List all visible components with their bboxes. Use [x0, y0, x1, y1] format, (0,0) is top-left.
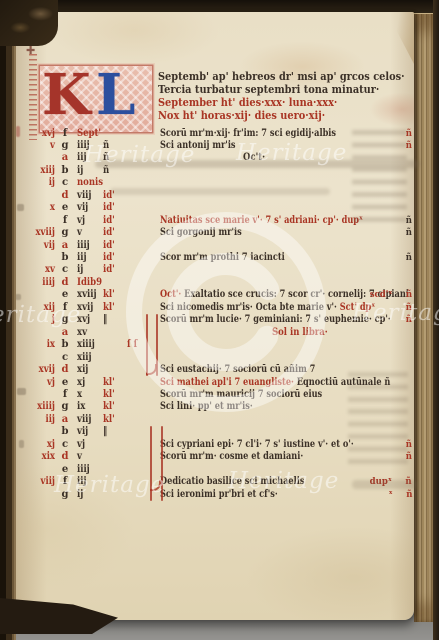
dominical-letter: g	[58, 401, 72, 413]
golden-number: xj	[26, 439, 55, 451]
showthrough-column	[348, 372, 408, 470]
lesson-mark-group: ñ	[406, 252, 412, 264]
golden-number: j	[26, 314, 55, 326]
dominical-letter: d	[58, 277, 72, 289]
feast-entry: Scorū mr'm mauricij 7 sociorū eius	[160, 389, 322, 401]
lesson-mark-group: ñ	[406, 314, 412, 326]
dominical-letter: f	[58, 128, 72, 140]
feast-entry: Scorū mr'm lucie· 7 geminiani: 7 s' euph…	[160, 314, 391, 326]
dominical-letter: e	[58, 464, 72, 476]
calendar-row: axvSol in libra·	[15, 327, 414, 339]
dominical-letter: c	[58, 352, 72, 364]
feast-text: Oct'·	[160, 289, 184, 300]
day-count: xiij	[77, 352, 92, 364]
feast-entry: Scorū mr'm·xij· fr'im: 7 sci egidij·albi…	[160, 128, 336, 140]
feast-text: Sci nicomedis mr'is· Octa bte marie v'·	[160, 302, 340, 313]
day-count: Sept'	[77, 128, 101, 140]
day-marker: id'	[103, 215, 115, 227]
dominical-letter: f	[58, 302, 72, 314]
feast-entry: Scor mr'm prothi 7 iacincti	[160, 252, 285, 264]
golden-number: xiij	[26, 165, 55, 177]
day-count: ij	[77, 165, 83, 177]
book-cover-left-edge	[0, 0, 16, 640]
day-count: iiij	[77, 240, 90, 252]
feast-entry: Dedicatio basilice sci michaelis	[160, 476, 304, 488]
day-count: iij	[77, 252, 87, 264]
dominical-letter: g	[58, 314, 72, 326]
dominical-letter: e	[58, 202, 72, 214]
golden-number: xv	[26, 264, 55, 276]
dominical-letter: b	[58, 165, 72, 177]
book-headcap	[0, 0, 58, 46]
golden-number: xij	[26, 302, 55, 314]
day-marker: ‖	[103, 426, 107, 438]
feast-text: Sci ieronimi pr'bri et cf's·	[160, 489, 278, 500]
golden-number: iij	[26, 414, 55, 426]
feast-entry: Sci ieronimi pr'bri et cf's·	[160, 489, 278, 501]
feast-entry: Sci antonij mr'is	[160, 140, 236, 152]
manuscript-page: ✚ K L Septemb' ap' hebreos dr' msi ap' g…	[15, 12, 414, 620]
dominical-letter: c	[58, 177, 72, 189]
calendar-row: xviijgvid'Sci gorgonij mr'isñ	[15, 227, 414, 239]
initial-letter-k: K	[42, 62, 91, 128]
day-marker: kl'	[103, 389, 115, 401]
feast-text: Sci mathei apl'i 7 euangliste·	[160, 377, 297, 388]
golden-number: xvj	[26, 128, 55, 140]
feast-text: Natiuitas sce marie v'· 7 s' adriani· cp…	[160, 215, 363, 226]
lesson-mark: ñ	[406, 227, 412, 239]
golden-number: vj	[26, 377, 55, 389]
feast-text: Sci lini· pp' et mr'is·	[160, 401, 253, 412]
calendar-row: xijfxvijkl'Sci nicomedis mr'is· Octa bte…	[15, 302, 414, 314]
day-marker: kl'	[103, 302, 115, 314]
dominical-letter: g	[58, 489, 72, 501]
day-count: v	[77, 451, 82, 463]
calendar-row: xvcijid'	[15, 264, 414, 276]
feast-text: Sci antonij mr'is	[160, 140, 236, 151]
dominical-letter: a	[58, 240, 72, 252]
day-marker: id'	[103, 202, 115, 214]
day-marker: id'	[103, 240, 115, 252]
day-marker: kl'	[103, 289, 115, 301]
margin-pen-mark	[17, 388, 26, 395]
day-count: xiiij	[77, 339, 95, 351]
golden-number: xviij	[26, 227, 55, 239]
golden-number: vij	[26, 240, 55, 252]
initial-letter-l: L	[96, 62, 135, 128]
dominical-letter: b	[58, 252, 72, 264]
golden-number: x	[26, 202, 55, 214]
day-count: xv	[77, 327, 87, 339]
feast-entry: Sci lini· pp' et mr'is·	[160, 401, 253, 413]
day-count: xviij	[77, 289, 97, 301]
day-count: vj	[77, 215, 85, 227]
feast-entry: Sci cypriani epi· 7 cl'i· 7 s' iustine v…	[160, 439, 354, 451]
dominical-letter: e	[58, 377, 72, 389]
day-count: nonis	[77, 177, 103, 189]
calendar-annotation: ſ ſ	[127, 339, 137, 351]
day-marker: id'	[103, 252, 115, 264]
feast-entry: Sci nicomedis mr'is· Octa bte marie v'· …	[160, 302, 375, 314]
lesson-mark: ñ	[406, 489, 412, 501]
dominical-letter: a	[58, 327, 72, 339]
dominical-letter: f	[58, 389, 72, 401]
lesson-mark-group: ˣñ	[388, 489, 412, 501]
day-count: ix	[77, 401, 85, 413]
book-cover-right-edge	[433, 0, 439, 640]
day-count: v	[77, 227, 82, 239]
golden-number: iiij	[26, 277, 55, 289]
day-count: ij	[77, 264, 83, 276]
feast-text: Sct' dpˣ	[340, 302, 375, 313]
dominical-letter: a	[58, 152, 72, 164]
golden-number: ix	[26, 339, 55, 351]
feast-text: Scorū mr'm· cosme et damiani·	[160, 451, 303, 462]
day-count: iij	[77, 152, 87, 164]
calendar-row: exviijkl'Oct'· Exaltatio sce crucis: 7 s…	[15, 289, 414, 301]
margin-pen-mark	[16, 126, 20, 137]
calendar-row: gijSci ieronimi pr'bri et cf's·ˣñ	[15, 489, 414, 501]
calendar-row: vijaiiijid'	[15, 240, 414, 252]
day-count: ij	[77, 489, 83, 501]
day-count: iij	[77, 476, 87, 488]
feast-entry: Sci eustachij· 7 sociorū cū añim 7	[160, 364, 315, 376]
day-count: vj	[77, 439, 85, 451]
margin-pen-mark	[19, 440, 24, 448]
golden-number: viij	[26, 476, 55, 488]
dominical-letter: d	[58, 190, 72, 202]
feast-text: Scor mr'm prothi 7 iacincti	[160, 252, 285, 263]
feast-text: Sci gorgonij mr'is	[160, 227, 242, 238]
golden-number: xvij	[26, 364, 55, 376]
day-count: xij	[77, 364, 88, 376]
day-marker: id'	[103, 227, 115, 239]
lesson-mark: scd'ˣ	[370, 289, 393, 301]
calendar-row: cxiij	[15, 352, 414, 364]
dominical-letter: g	[58, 140, 72, 152]
golden-number: xix	[26, 451, 55, 463]
feast-text: Scorū mr'm lucie· 7 geminiani: 7 s' euph…	[160, 314, 391, 325]
dominical-letter: b	[58, 426, 72, 438]
day-count: iiij	[77, 464, 90, 476]
feast-entry: Natiuitas sce marie v'· 7 s' adriani· cp…	[160, 215, 363, 227]
dominical-letter: f	[58, 476, 72, 488]
feast-text: Scorū mr'm mauricij 7 sociorū eius	[160, 389, 322, 400]
golden-number: xiiij	[26, 401, 55, 413]
feast-entry: Sci gorgonij mr'is	[160, 227, 242, 239]
book-fore-edge	[414, 6, 434, 622]
calendar-annotation: Sol in libra·	[272, 327, 328, 339]
calendar-row: iiijdIdib9	[15, 277, 414, 289]
illuminated-initial-kl: ✚ K L	[40, 66, 152, 132]
lesson-mark: ˣ	[388, 489, 392, 501]
dominical-letter: f	[58, 215, 72, 227]
day-count: viij	[77, 190, 91, 202]
dominical-letter: d	[58, 364, 72, 376]
margin-pen-mark	[17, 204, 24, 211]
day-count: xj	[77, 377, 85, 389]
verse-line-4: Nox ht' horas·xij· dies uero·xij·	[158, 109, 379, 122]
day-count: xvij	[77, 302, 93, 314]
feast-text: Sci eustachij· 7 sociorū cū añim 7	[160, 364, 315, 375]
showthrough-text	[110, 188, 330, 195]
day-count: vij	[77, 426, 88, 438]
calendar-row: jgxvj‖Scorū mr'm lucie· 7 geminiani: 7 s…	[15, 314, 414, 326]
day-count: viij	[77, 414, 91, 426]
feast-text: Sci cypriani epi· 7 cl'i· 7 s' iustine v…	[160, 439, 354, 450]
day-count: Idib9	[77, 277, 102, 289]
day-marker: ‖	[103, 314, 107, 326]
lesson-mark-group: ñ	[406, 302, 412, 314]
day-marker: kl'	[103, 414, 115, 426]
calendar-row: ixbxiiijſ ſ	[15, 339, 414, 351]
day-count: vij	[77, 202, 88, 214]
showthrough-column	[352, 130, 407, 227]
lesson-mark: ñ	[406, 302, 412, 314]
day-marker: kl'	[103, 401, 115, 413]
dominical-letter: b	[58, 339, 72, 351]
golden-number: ij	[26, 177, 55, 189]
feast-entry: Scorū mr'm· cosme et damiani·	[160, 451, 303, 463]
day-count: iiij	[77, 140, 90, 152]
dominical-letter: g	[58, 227, 72, 239]
day-marker: ñ	[103, 140, 109, 152]
day-marker: id'	[103, 264, 115, 276]
lesson-mark: ñ	[406, 289, 412, 301]
lesson-mark-group: ñ	[406, 227, 412, 239]
lesson-mark: ñ	[406, 314, 412, 326]
manuscript-photo: ✚ K L Septemb' ap' hebreos dr' msi ap' g…	[0, 0, 439, 640]
kalends-ditto-line	[161, 426, 163, 501]
page-corner-edges	[380, 12, 414, 64]
dominical-letter: e	[58, 289, 72, 301]
day-count: xvj	[77, 314, 90, 326]
dominical-letter: d	[58, 451, 72, 463]
dominical-letter: a	[58, 414, 72, 426]
lesson-mark: ñ	[406, 252, 412, 264]
showthrough-text	[352, 480, 418, 489]
day-marker: kl'	[103, 377, 115, 389]
dominical-letter: c	[58, 439, 72, 451]
golden-number: v	[26, 140, 55, 152]
day-count: x	[77, 389, 82, 401]
dominical-letter: c	[58, 264, 72, 276]
lesson-mark-group: scd'ˣñ	[370, 289, 412, 301]
feast-text: Dedicatio basilice sci michaelis	[160, 476, 304, 487]
feast-text: Scorū mr'm·xij· fr'im: 7 sci egidij·albi…	[160, 128, 336, 139]
calendar-row: biijid'Scor mr'm prothi 7 iacinctiñ	[15, 252, 414, 264]
